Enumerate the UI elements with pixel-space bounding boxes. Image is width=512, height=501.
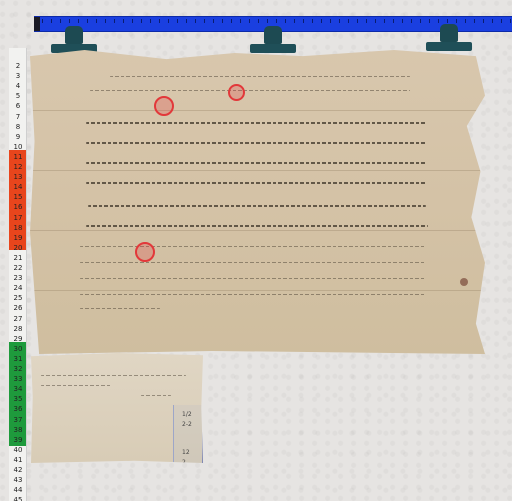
ruler-label: 14 (11, 183, 25, 191)
ruler-tick (159, 19, 160, 23)
script-line (141, 395, 171, 396)
ruler-label: 35 (11, 395, 25, 403)
ruler-label: 10 (11, 143, 25, 151)
ruler-tick (402, 19, 403, 23)
ruler-tick (303, 19, 304, 23)
ruler-label: 26 (11, 304, 25, 312)
binder-clip-right (426, 24, 472, 54)
ruler-label: 37 (11, 416, 25, 424)
ruler-tick (258, 19, 259, 23)
ruler-label: 16 (11, 203, 25, 211)
ruler-tick (321, 19, 322, 23)
ruler-tick (339, 19, 340, 23)
ruler-label: 13 (11, 173, 25, 181)
script-line (80, 278, 426, 279)
left-ruler: 2345678910111213141516171819202122232425… (9, 48, 27, 501)
ruler-label: 42 (11, 466, 25, 474)
ruler-label: 31 (11, 355, 25, 363)
ruler-label: 39 (11, 436, 25, 444)
ruler-tick (132, 19, 133, 23)
ruler-label: 32 (11, 365, 25, 373)
ruler-tick (366, 19, 367, 23)
ruler-tick (393, 19, 394, 23)
ruler-tick (141, 19, 142, 23)
ruler-label: 43 (11, 476, 25, 484)
script-line (80, 246, 426, 247)
ruler-label: 4 (11, 82, 25, 90)
ruler-label: 27 (11, 315, 25, 323)
ruler-label: 12 (11, 163, 25, 171)
script-line (41, 385, 111, 386)
script-line (90, 90, 410, 91)
ruler-label: 17 (11, 214, 25, 222)
ruler-tick (429, 19, 430, 23)
ruler-label: 24 (11, 284, 25, 292)
ruler-label: 38 (11, 426, 25, 434)
ruler-label: 28 (11, 325, 25, 333)
ruler-label: 44 (11, 486, 25, 494)
script-line (80, 308, 160, 309)
ruler-tick (204, 19, 205, 23)
script-line (80, 294, 426, 295)
ruler-tick (285, 19, 286, 23)
ruler-tick (294, 19, 295, 23)
ruler-tick (105, 19, 106, 23)
ruler-tick (312, 19, 313, 23)
ruler-tick (231, 19, 232, 23)
ruler-label: 30 (11, 345, 25, 353)
script-line (86, 182, 426, 184)
binder-clip-center (250, 26, 296, 56)
ruler-tick (420, 19, 421, 23)
ruler-tick (465, 19, 466, 23)
main-manuscript (30, 50, 485, 354)
ruler-tick (177, 19, 178, 23)
ruler-label: 21 (11, 254, 25, 262)
ruler-tick (357, 19, 358, 23)
script-line (86, 225, 428, 227)
ruler-tick (438, 19, 439, 23)
ruler-label: 3 (11, 72, 25, 80)
ruler-tick (456, 19, 457, 23)
ruler-tick (60, 19, 61, 23)
script-line (86, 162, 426, 164)
script-line (110, 76, 410, 77)
ruler-label: 23 (11, 274, 25, 282)
ruler-label: 19 (11, 234, 25, 242)
ruler-tick (330, 19, 331, 23)
ruler-tick (87, 19, 88, 23)
ruler-tick (492, 19, 493, 23)
ruler-tick (474, 19, 475, 23)
ruler-end-cap (34, 17, 40, 31)
script-line (80, 262, 426, 263)
script-line (88, 205, 426, 207)
ruler-label: 20 (11, 244, 25, 252)
ruler-tick (123, 19, 124, 23)
ink-stain (460, 278, 468, 286)
ruler-tick (78, 19, 79, 23)
ruler-tick (267, 19, 268, 23)
ruler-tick (510, 19, 511, 23)
ruler-tick (483, 19, 484, 23)
margin-number: 12 (182, 449, 190, 456)
script-line (41, 375, 186, 376)
red-seal (154, 96, 174, 116)
ruler-tick (168, 19, 169, 23)
ruler-tick (240, 19, 241, 23)
ruler-tick (195, 19, 196, 23)
ruler-label: 18 (11, 224, 25, 232)
ruler-label: 8 (11, 123, 25, 131)
ruler-label: 29 (11, 335, 25, 343)
ruler-label: 25 (11, 294, 25, 302)
ruler-label: 33 (11, 375, 25, 383)
ruler-label: 41 (11, 456, 25, 464)
ruler-label: 15 (11, 193, 25, 201)
margin-number: 1/2 (182, 411, 192, 418)
ruler-tick (222, 19, 223, 23)
ruler-label: 36 (11, 405, 25, 413)
script-line (86, 142, 426, 144)
ruler-tick (69, 19, 70, 23)
ruler-tick (213, 19, 214, 23)
ruler-tick (411, 19, 412, 23)
ruler-tick (276, 19, 277, 23)
ruler-label: 6 (11, 102, 25, 110)
ruler-tick (249, 19, 250, 23)
ruler-tick (51, 19, 52, 23)
ruler-tick (384, 19, 385, 23)
ruler-tick (150, 19, 151, 23)
margin-number: 2-2 (182, 421, 192, 428)
ruler-tick (447, 19, 448, 23)
ruler-tick (375, 19, 376, 23)
ruler-label: 34 (11, 385, 25, 393)
ruler-tick (501, 19, 502, 23)
margin-stamp-box: 1/22-21225 (173, 405, 203, 463)
ruler-tick (348, 19, 349, 23)
ruler-label: 5 (11, 92, 25, 100)
ruler-label: 45 (11, 496, 25, 501)
ruler-label: 40 (11, 446, 25, 454)
script-line (86, 122, 426, 124)
ruler-label: 11 (11, 153, 25, 161)
ruler-label: 9 (11, 133, 25, 141)
red-seal (228, 84, 245, 101)
ruler-label: 22 (11, 264, 25, 272)
ruler-label: 7 (11, 113, 25, 121)
small-manuscript: 1/22-21225 (31, 353, 203, 463)
ruler-tick (186, 19, 187, 23)
ruler-tick (114, 19, 115, 23)
ruler-tick (96, 19, 97, 23)
ruler-tick (42, 19, 43, 23)
ruler-label: 2 (11, 62, 25, 70)
red-seal (135, 242, 155, 262)
